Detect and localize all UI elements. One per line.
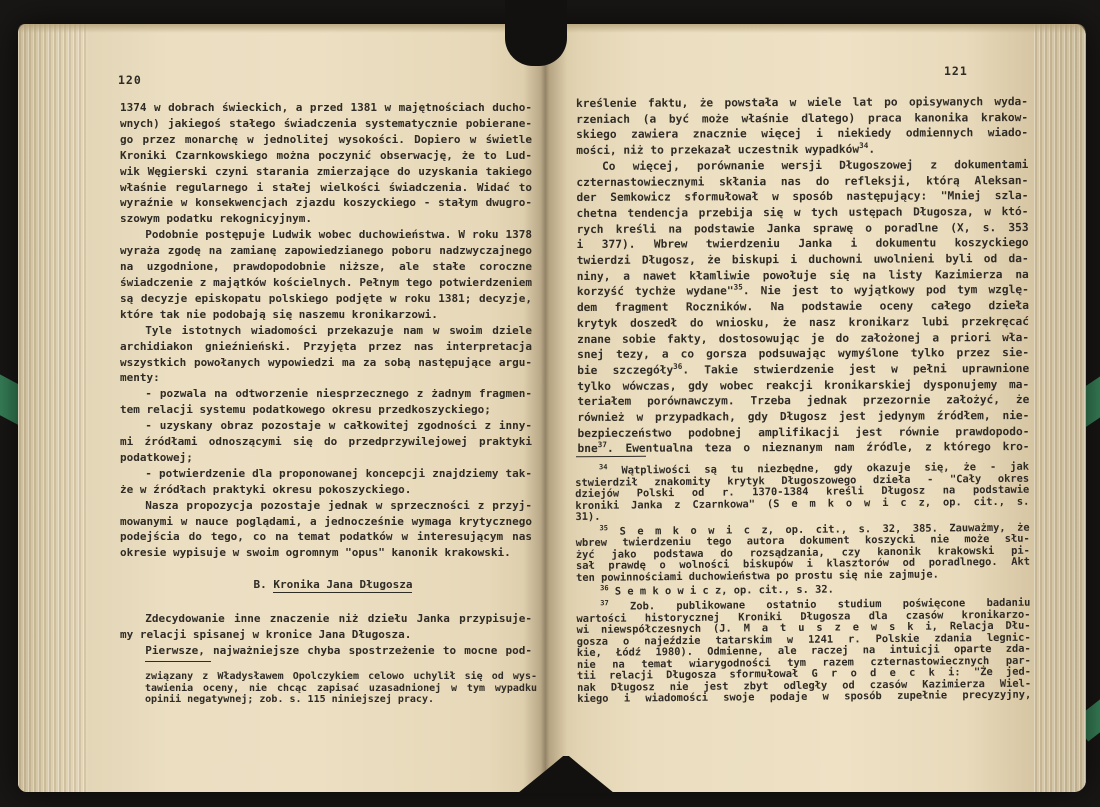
text-line: wik Węgierski czyni starania zmierzające…: [120, 164, 532, 180]
text-line: wnych) jakiegoś stałego świadczenia syst…: [120, 116, 532, 132]
text-line: ten powinnościami duchowieństwa po prost…: [576, 569, 1030, 585]
text-line: kreślenie faktu, że powstała w wiele lat…: [576, 94, 1028, 112]
left-page-body-text: 1374 w dobrach świeckich, a przed 1381 w…: [120, 100, 532, 561]
right-page-footnotes: 34 Wątpliwości są tu niezbędne, gdy okaz…: [575, 462, 1031, 706]
text-line: tawienia oceny, nie chcąc zapisać uzasad…: [145, 683, 537, 695]
page-number-left: 120: [118, 73, 142, 87]
text-line: Co więcej, porównanie wersji Długoszowej…: [576, 157, 1028, 175]
text-line: Podobnie postępuje Ludwik wobec duchowie…: [120, 227, 532, 243]
right-page-body-text: kreślenie faktu, że powstała w wiele lat…: [576, 94, 1030, 457]
text-line: związany z Władysławem Opolczykiem celow…: [145, 671, 537, 683]
section-heading-title: Kronika Jana Długosza: [273, 578, 412, 593]
text-line: dem fragment Roczników. Na podstawie oce…: [577, 298, 1029, 316]
text-line: - uzyskany obraz pozostaje w całkowitej …: [120, 418, 532, 434]
text-line: Nasza propozycja pozostaje jednak w sprz…: [120, 498, 532, 514]
text-line: krytyk doszedł do wniosku, że nasz kroni…: [577, 314, 1029, 332]
text-line: - potwierdzenie dla proponowanej koncepc…: [120, 466, 532, 482]
text-line: wyraźnie w konsekwencjach zjazdu koszyck…: [120, 195, 532, 211]
text-line: tem relacji systemu podatkowego okresu p…: [120, 402, 532, 418]
text-line: twierdzi Długosz, że biskupi i duchowni …: [577, 251, 1029, 269]
text-line: okresie wypisuje w swoim ogromnym "opus"…: [120, 545, 532, 561]
text-line: archidiakon gnieźnieński. Przyjęta przez…: [120, 339, 532, 355]
text-line: wszystkich powołanych wypowiedzi ma za s…: [120, 355, 532, 371]
text-line: mowanymi w nauce poglądami, a jednocześn…: [120, 514, 532, 530]
text-line: podatkowej;: [120, 450, 532, 466]
text-line: świadczenie z majątków kościelnych. Pełn…: [120, 275, 532, 291]
page-number-right: 121: [944, 64, 968, 78]
text-line: 1374 w dobrach świeckich, a przed 1381 w…: [120, 100, 532, 116]
text-line: również w przypadkach, gdy Długosz jest …: [577, 408, 1029, 426]
text-line: Kroniki Czarnkowskiego można poczynić ob…: [120, 148, 532, 164]
text-line: są decyzje episkopatu polskiego podjęte …: [120, 291, 532, 307]
text-line: na uzgodnione, prawdopodobnie niższe, al…: [120, 259, 532, 275]
text-line: opinii negatywnej; zob. s. 115 niniejsze…: [145, 694, 537, 706]
left-page-body-text-2: Zdecydowanie inne znaczenie niż dziełu J…: [120, 611, 532, 659]
text-line: że w źródłach praktyki okresu pokoszycki…: [120, 482, 532, 498]
left-page-footnote: związany z Władysławem Opolczykiem celow…: [145, 671, 537, 706]
text-line: które tak nie podobają się naszemu kroni…: [120, 307, 532, 323]
text-line: skiego zawiera znacznie więcej i niekied…: [576, 125, 1028, 143]
text-line: snej tezy, a co gorsza podsuwając wymyśl…: [577, 345, 1029, 363]
text-line: chetna tendencja przebija się w tych ust…: [576, 204, 1028, 222]
text-line: Zdecydowanie inne znaczenie niż dziełu J…: [120, 611, 532, 627]
text-line: menty:: [120, 370, 532, 386]
text-line: - pozwala na odtworzenie niesprzecznego …: [120, 386, 532, 402]
book-scan: 120 121 1374 w dobrach świeckich, a prze…: [0, 0, 1100, 807]
text-line: my relacji spisanej w kronice Jana Długo…: [120, 627, 532, 643]
text-line: Tyle istotnych wiadomości przekazuje nam…: [120, 323, 532, 339]
right-page-edge-stack: [1034, 24, 1086, 792]
text-line: Pierwsze, najważniejsze chyba spostrzeże…: [120, 643, 532, 659]
text-line: der Semkowicz sformułował w sposób nastę…: [576, 188, 1028, 206]
text-line: go przez monarchę w jednolitej wysokości…: [120, 132, 532, 148]
left-page-edge-stack: [18, 24, 88, 792]
text-line: wyraża zgodę na zamianę zapowiedzianego …: [120, 243, 532, 259]
section-heading-prefix: B.: [254, 578, 274, 591]
text-line: właśnie regularnego i stałej wielkości ś…: [120, 180, 532, 196]
footnote-separator-left: [145, 661, 211, 662]
text-line: szowym podatku rekognicyjnym.: [120, 211, 532, 227]
text-line: bie szczegóły36. Takie stwierdzenie jest…: [577, 361, 1029, 379]
text-line: mi źródłami odnoszącymi się do przedprzy…: [120, 434, 532, 450]
spine-notch: [505, 0, 567, 66]
text-line: podejścia do tego, co na temat podatków …: [120, 529, 532, 545]
section-heading: B. Kronika Jana Długosza: [120, 578, 532, 591]
text-line: bne37. Ewentualna teza o nieznanym nam ź…: [578, 439, 1030, 457]
